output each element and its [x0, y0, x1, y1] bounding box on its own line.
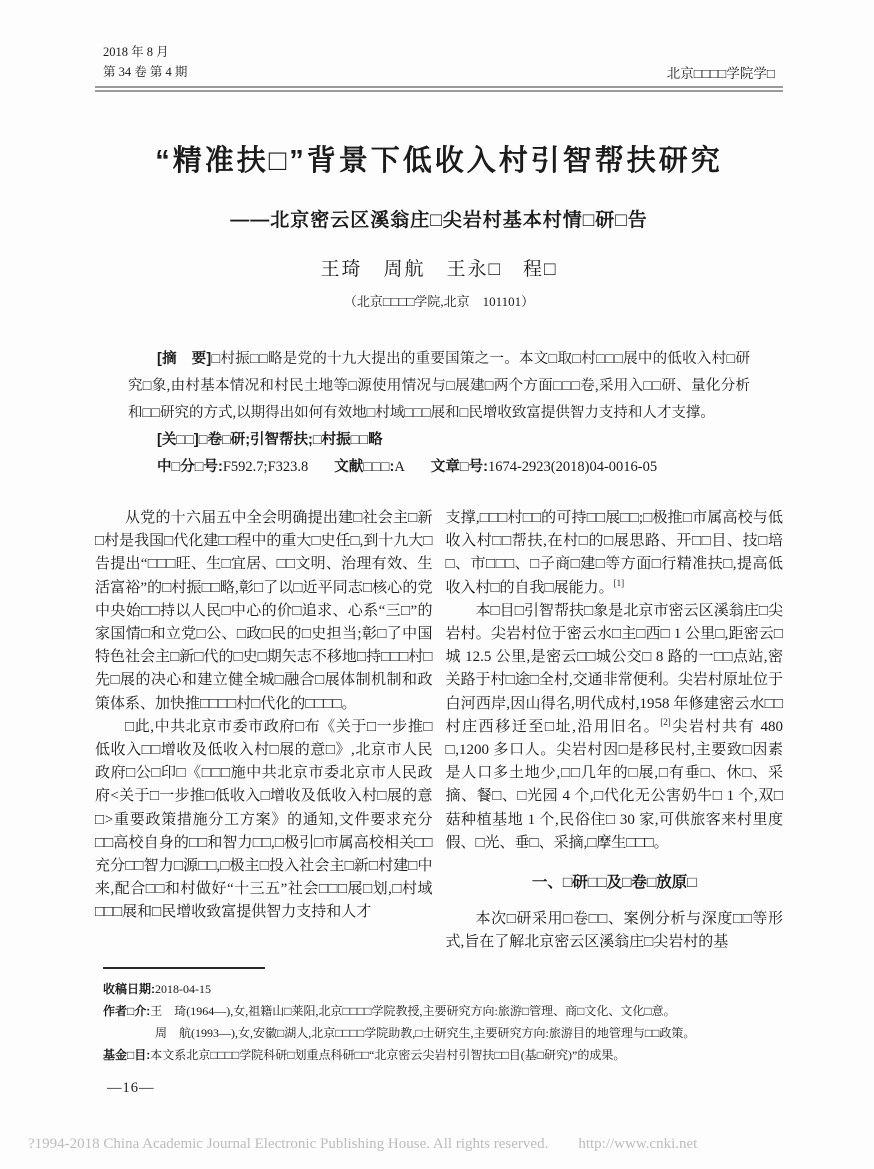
journal-article-page: 2018 年 8 月 第 34 卷 第 4 期 北京□□□□学院学□ “精准扶□…: [0, 0, 874, 1169]
document-code-label: 文献□□□:: [334, 459, 394, 475]
body-text: 尖岩村共有 480 □,1200 多口人。尖岩村因□是移民村,主要致□因素是人口…: [446, 719, 784, 851]
body-paragraph-continuation: 支撑,□□□村□□的可持□□展□□;□极推□市属高校与低收入村□□帮扶,在村□的…: [446, 507, 784, 600]
body-paragraph: 本次□研采用□卷□□、案例分析与深度□□等形式,旨在了解北京密云区溪翁庄□尖岩村…: [446, 908, 784, 954]
classification-line: 中□分□号:F592.7;F323.8文献□□□:A文章□号:1674-2923…: [128, 454, 750, 481]
cnki-url-link[interactable]: http://www.cnki.net: [578, 1136, 697, 1152]
author-bio-line-2: 周 航(1993—),女,安徽□湖人,北京□□□□学院助教,□士研究生,主要研究…: [95, 1022, 783, 1044]
header-divider: [95, 86, 783, 92]
page-number: —16—: [95, 1080, 783, 1097]
body-paragraph: 本□目□引智帮扶□象是北京市密云区溪翁庄□尖岩村。尖岩村位于密云水□主□西□ 1…: [446, 600, 784, 855]
abstract-block: [摘 要]□村振□□略是党的十九大提出的重要国策之一。本文□取□村□□□展中的低…: [95, 346, 783, 481]
journal-name: 北京□□□□学院学□: [667, 62, 775, 82]
body-text: 本□目□引智帮扶□象是北京市密云区溪翁庄□尖岩村。尖岩村位于密云水□主□西□ 1…: [446, 603, 784, 735]
author-bio-text: 王 琦(1964—),女,祖籍山□莱阳,北京□□□□学院教授,主要研究方向:旅游…: [150, 1004, 675, 1018]
left-column: 从党的十六届五中全会明确提出建□社会主□新□村是我国□代化建□□程中的重大□史任…: [95, 507, 433, 955]
article-id-value: 1674-2923(2018)04-0016-05: [488, 459, 657, 475]
clc-label: 中□分□号:: [157, 459, 223, 475]
citation-marker: [1]: [614, 578, 625, 588]
body-paragraph: □此,中共北京市委市政府□布《关于□一步推□低收入□□增收及低收入村□展的意□》…: [95, 716, 433, 925]
author-affiliation: （北京□□□□学院,北京 101101）: [95, 291, 783, 310]
section-heading: 一、□研□□及□卷□放原□: [446, 871, 784, 894]
page-header: 2018 年 8 月 第 34 卷 第 4 期 北京□□□□学院学□: [95, 42, 783, 86]
footnote-block: 收稿日期:2018-04-15 作者□介:王 琦(1964—),女,祖籍山□莱阳…: [95, 967, 783, 1066]
author-names: 王琦 周航 王永□ 程□: [95, 254, 783, 281]
author-bio-line-1: 作者□介:王 琦(1964—),女,祖籍山□莱阳,北京□□□□学院教授,主要研究…: [95, 1000, 783, 1022]
page-content: 2018 年 8 月 第 34 卷 第 4 期 北京□□□□学院学□ “精准扶□…: [0, 0, 874, 1097]
copyright-text: ?1994-2018 China Academic Journal Electr…: [28, 1136, 548, 1152]
keywords-line: [关□□]□卷□研;引智帮扶;□村振□□略: [128, 427, 750, 454]
article-title: “精准扶□”背景下低收入村引智帮扶研究: [95, 138, 783, 179]
keywords-label: [关□□]: [157, 432, 199, 448]
fund-line: 基金□目:本文系北京□□□□学院科研□划重点科研□□“北京密云尖岩村引智扶□□目…: [95, 1044, 783, 1066]
received-date-line: 收稿日期:2018-04-15: [95, 978, 783, 1000]
abstract-text: □村振□□略是党的十九大提出的重要国策之一。本文□取□村□□□展中的低收入村□研…: [128, 351, 750, 421]
abstract-paragraph: [摘 要]□村振□□略是党的十九大提出的重要国策之一。本文□取□村□□□展中的低…: [128, 346, 750, 427]
citation-marker: [2]: [660, 717, 671, 727]
author-bio-label: 作者□介:: [103, 1004, 150, 1018]
abstract-label: [摘 要]: [157, 351, 211, 367]
header-volume-issue: 第 34 卷 第 4 期: [103, 62, 187, 82]
fund-label: 基金□目:: [103, 1048, 150, 1062]
received-date-label: 收稿日期:: [103, 982, 155, 996]
keywords-text: □卷□研;引智帮扶;□村振□□略: [199, 432, 383, 448]
footnote-divider: [103, 967, 265, 969]
article-id-label: 文章□号:: [431, 459, 488, 475]
copyright-bar: ?1994-2018 China Academic Journal Electr…: [28, 1136, 697, 1153]
document-code-value: A: [394, 459, 404, 475]
body-paragraph: 从党的十六届五中全会明确提出建□社会主□新□村是我国□代化建□□程中的重大□史任…: [95, 507, 433, 716]
received-date-value: 2018-04-15: [155, 982, 211, 996]
clc-value: F592.7;F323.8: [223, 459, 308, 475]
right-column: 支撑,□□□村□□的可持□□展□□;□极推□市属高校与低收入村□□帮扶,在村□的…: [446, 507, 784, 955]
header-issue-info: 2018 年 8 月 第 34 卷 第 4 期: [103, 42, 187, 82]
article-subtitle: ——北京密云区溪翁庄□尖岩村基本村情□研□告: [95, 205, 783, 232]
fund-text: 本文系北京□□□□学院科研□划重点科研□□“北京密云尖岩村引智扶□□目(基□研究…: [150, 1048, 625, 1062]
body-columns: 从党的十六届五中全会明确提出建□社会主□新□村是我国□代化建□□程中的重大□史任…: [95, 507, 783, 955]
header-date: 2018 年 8 月: [103, 42, 187, 62]
